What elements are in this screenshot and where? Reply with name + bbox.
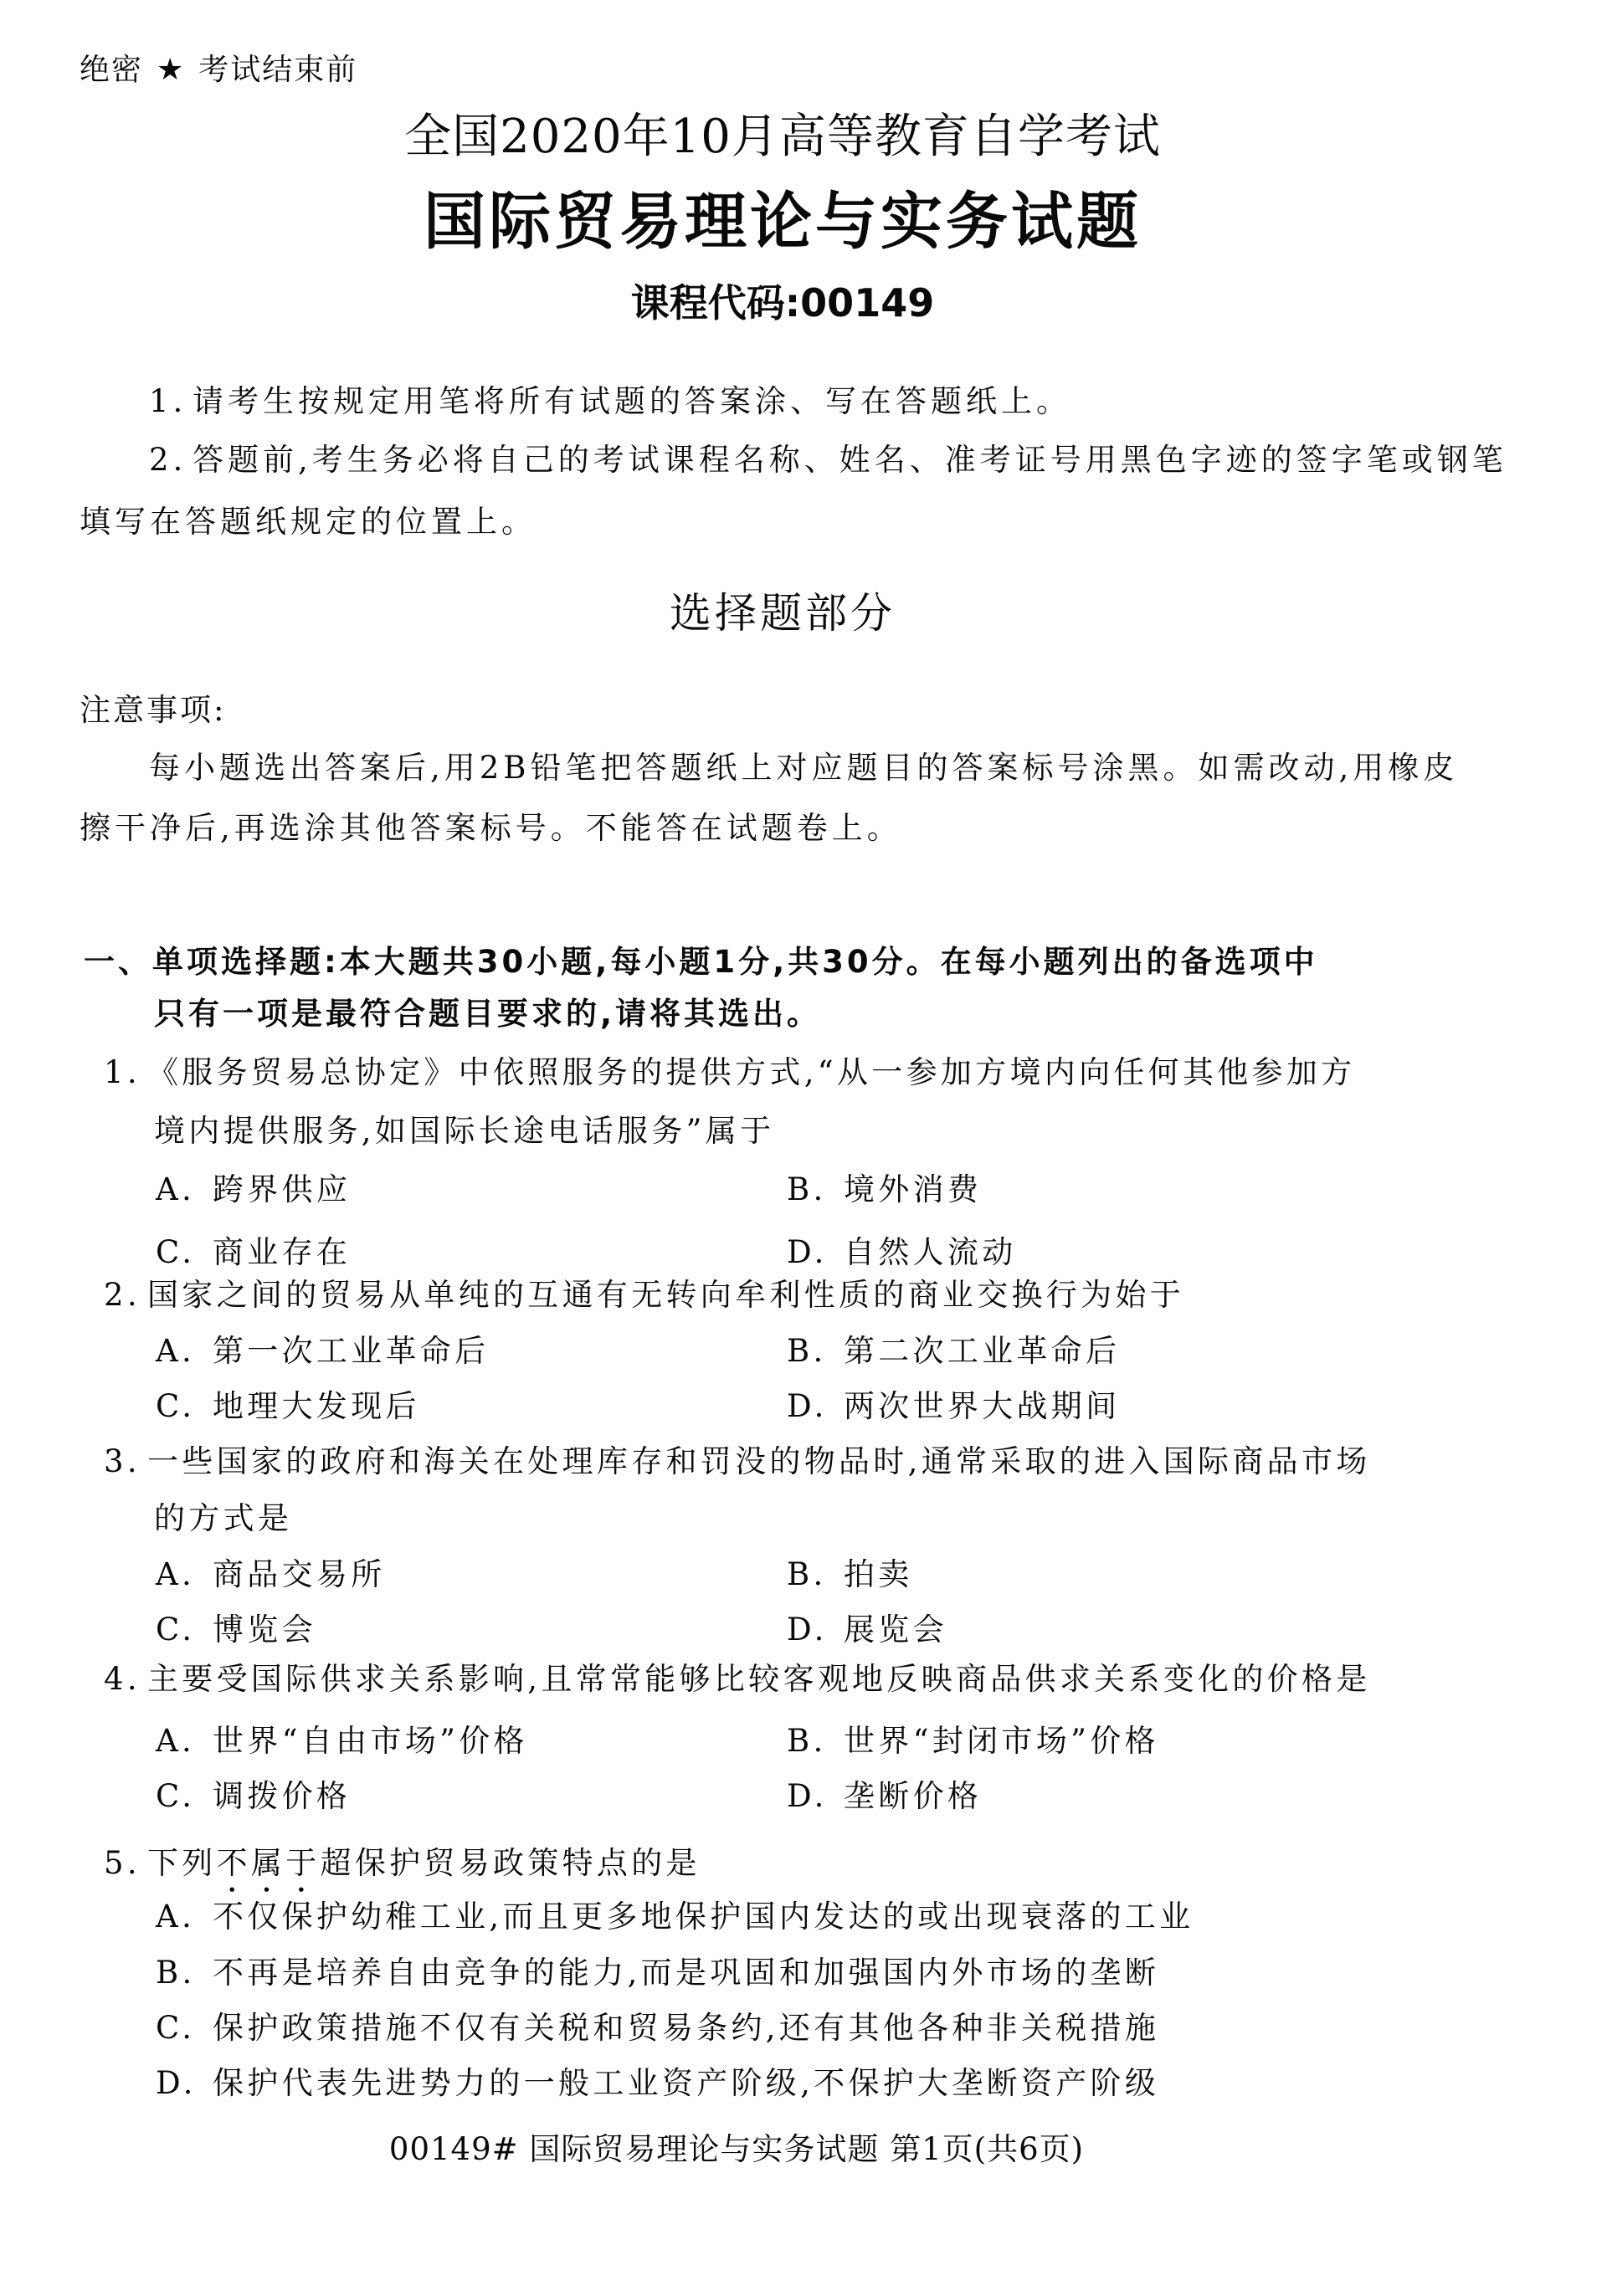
option-letter: D.	[787, 1391, 844, 1422]
question-text: 一些国家的政府和海关在处理库存和罚没的物品时,通常采取的进入国际商品市场	[147, 1443, 1371, 1479]
option-4a: A.世界“自由市场”价格	[156, 1725, 528, 1756]
part-1-heading-continued: 只有一项是最符合题目要求的,请将其选出。	[154, 998, 821, 1029]
part-1-heading: 一、单项选择题:本大题共30小题,每小题1分,共30分。在每小题列出的备选项中	[84, 946, 1318, 977]
question-number: 3.	[104, 1446, 147, 1477]
option-5a: A.不仅保护幼稚工业,而且更多地保护国内发达的或出现衰落的工业	[156, 1901, 1194, 1932]
option-letter: B.	[787, 1725, 844, 1756]
option-text: 第一次工业革命后	[213, 1333, 489, 1369]
option-2a: A.第一次工业革命后	[156, 1335, 489, 1366]
option-letter: B.	[787, 1335, 844, 1366]
option-text: 两次世界大战期间	[844, 1388, 1120, 1424]
option-2d: D.两次世界大战期间	[787, 1391, 1120, 1422]
option-letter: B.	[156, 1957, 213, 1988]
option-letter: B.	[787, 1174, 844, 1205]
question-text: 主要受国际供求关系影响,且常常能够比较客观地反映商品供求关系变化的价格是	[147, 1661, 1371, 1697]
option-letter: C.	[156, 1391, 213, 1422]
option-letter: A.	[156, 1725, 213, 1756]
option-4d: D.垄断价格	[787, 1781, 982, 1812]
instruction-2: 2.答题前,考生务必将自己的考试课程名称、姓名、准考证号用黑色字迹的签字笔或钢笔	[149, 444, 1507, 475]
confidentiality-label: 绝密★考试结束前	[80, 55, 357, 85]
option-text: 保护政策措施不仅有关税和贸易条约,还有其他各种非关税措施	[213, 2010, 1159, 2046]
paper-title: 国际贸易理论与实务试题	[0, 191, 1565, 253]
option-3c: C.博览会	[156, 1614, 316, 1645]
option-text: 不仅保护幼稚工业,而且更多地保护国内发达的或出现衰落的工业	[213, 1899, 1194, 1935]
section-heading: 选择题部分	[0, 592, 1565, 634]
question-4: 4.主要受国际供求关系影响,且常常能够比较客观地反映商品供求关系变化的价格是	[104, 1663, 1371, 1694]
option-text: 第二次工业革命后	[844, 1333, 1120, 1369]
option-text: 自然人流动	[844, 1234, 1017, 1270]
question-3: 3.一些国家的政府和海关在处理库存和罚没的物品时,通常采取的进入国际商品市场	[104, 1446, 1371, 1477]
question-text: 《服务贸易总协定》中依照服务的提供方式,“从一参加方境内向任何其他参加方	[147, 1054, 1355, 1090]
notice-title: 注意事项:	[80, 694, 226, 725]
option-text: 博览会	[213, 1612, 316, 1648]
instruction-text: 答题前,考生务必将自己的考试课程名称、姓名、准考证号用黑色字迹的签字笔或钢笔	[193, 442, 1507, 478]
option-1b: B.境外消费	[787, 1174, 982, 1205]
option-text: 不再是培养自由竞争的能力,而是巩固和加强国内外市场的垄断	[213, 1955, 1159, 1991]
option-1d: D.自然人流动	[787, 1237, 1017, 1268]
option-3d: D.展览会	[787, 1614, 947, 1645]
secret-label: 绝密	[80, 53, 143, 87]
notice-line-1: 每小题选出答案后,用2B铅笔把答题纸上对应题目的答案标号涂黑。如需改动,用橡皮	[149, 752, 1458, 783]
option-letter: D.	[787, 1781, 844, 1812]
option-letter: A.	[156, 1174, 213, 1205]
option-letter: D.	[156, 2068, 213, 2099]
option-letter: C.	[156, 1781, 213, 1812]
option-letter: A.	[156, 1335, 213, 1366]
option-letter: D.	[787, 1614, 844, 1645]
option-letter: A.	[156, 1559, 213, 1590]
option-text: 境外消费	[844, 1171, 982, 1207]
notice-line-2: 擦干净后,再选涂其他答案标号。不能答在试题卷上。	[80, 812, 902, 843]
option-2c: C.地理大发现后	[156, 1391, 420, 1422]
question-text: 下列	[147, 1845, 217, 1881]
option-text: 商业存在	[213, 1234, 351, 1270]
option-letter: B.	[787, 1559, 844, 1590]
option-text: 跨界供应	[213, 1171, 351, 1207]
star-icon: ★	[157, 53, 185, 87]
option-4c: C.调拨价格	[156, 1781, 351, 1812]
option-text: 商品交易所	[213, 1556, 386, 1592]
instruction-number: 1.	[149, 386, 193, 417]
emphasized-text: 不属于	[217, 1845, 321, 1881]
option-text: 拍卖	[844, 1556, 913, 1592]
question-text: 超保护贸易政策特点的是	[321, 1845, 701, 1881]
question-1: 1.《服务贸易总协定》中依照服务的提供方式,“从一参加方境内向任何其他参加方	[104, 1057, 1355, 1088]
question-2: 2.国家之间的贸易从单纯的互通有无转向牟利性质的商业交换行为始于	[104, 1279, 1184, 1310]
option-1a: A.跨界供应	[156, 1174, 351, 1205]
option-text: 地理大发现后	[213, 1388, 420, 1424]
option-4b: B.世界“封闭市场”价格	[787, 1725, 1159, 1756]
option-5b: B.不再是培养自由竞争的能力,而是巩固和加强国内外市场的垄断	[156, 1957, 1159, 1988]
question-number: 4.	[104, 1663, 147, 1694]
option-letter: C.	[156, 1614, 213, 1645]
question-number: 1.	[104, 1057, 147, 1088]
option-text: 世界“封闭市场”价格	[844, 1723, 1159, 1759]
instruction-text: 请考生按规定用笔将所有试题的答案涂、写在答题纸上。	[193, 383, 1071, 419]
option-text: 展览会	[844, 1612, 947, 1648]
option-letter: C.	[156, 1237, 213, 1268]
before-exam-end-label: 考试结束前	[198, 53, 357, 87]
question-number: 5.	[104, 1848, 147, 1878]
option-2b: B.第二次工业革命后	[787, 1335, 1120, 1366]
option-text: 垄断价格	[844, 1778, 982, 1814]
option-text: 调拨价格	[213, 1778, 351, 1814]
question-number: 2.	[104, 1279, 147, 1310]
question-1-continued: 境内提供服务,如国际长途电话服务”属于	[154, 1115, 774, 1146]
page-footer: 00149# 国际贸易理论与实务试题 第1页(共6页)	[0, 2134, 1473, 2165]
option-3b: B.拍卖	[787, 1559, 913, 1590]
option-text: 保护代表先进势力的一般工业资产阶级,不保护大垄断资产阶级	[213, 2065, 1159, 2101]
option-5d: D.保护代表先进势力的一般工业资产阶级,不保护大垄断资产阶级	[156, 2068, 1159, 2099]
instruction-2-continued: 填写在答题纸规定的位置上。	[80, 506, 537, 537]
course-code: 课程代码:00149	[0, 284, 1565, 322]
exam-title: 全国2020年10月高等教育自学考试	[0, 114, 1565, 161]
option-3a: A.商品交易所	[156, 1559, 386, 1590]
instruction-number: 2.	[149, 444, 193, 475]
question-3-continued: 的方式是	[154, 1503, 292, 1534]
option-1c: C.商业存在	[156, 1237, 351, 1268]
question-5: 5.下列不属于超保护贸易政策特点的是	[104, 1845, 701, 1899]
instruction-1: 1.请考生按规定用笔将所有试题的答案涂、写在答题纸上。	[149, 386, 1071, 417]
option-5c: C.保护政策措施不仅有关税和贸易条约,还有其他各种非关税措施	[156, 2012, 1159, 2043]
option-letter: A.	[156, 1901, 213, 1932]
option-letter: D.	[787, 1237, 844, 1268]
option-text: 世界“自由市场”价格	[213, 1723, 528, 1759]
question-text: 国家之间的贸易从单纯的互通有无转向牟利性质的商业交换行为始于	[147, 1277, 1184, 1313]
option-letter: C.	[156, 2012, 213, 2043]
